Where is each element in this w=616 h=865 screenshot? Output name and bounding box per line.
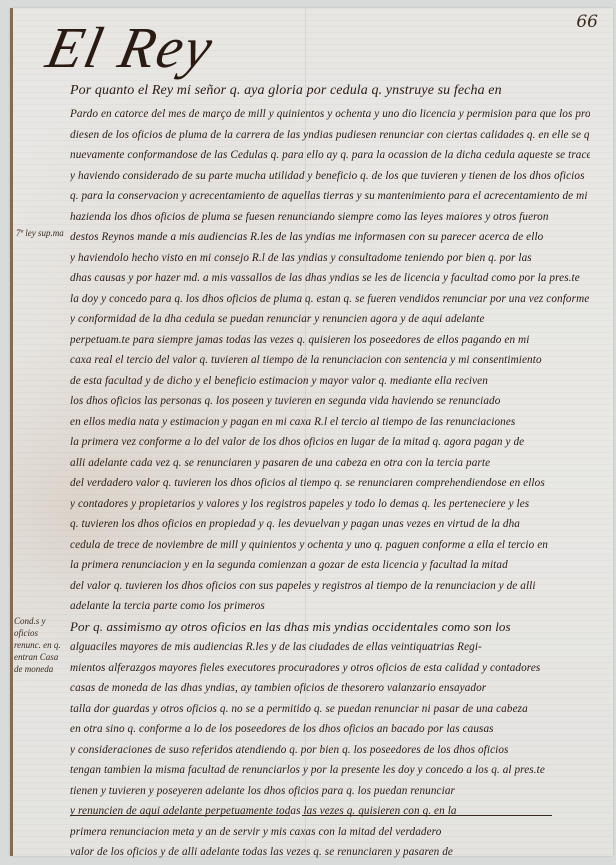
text-line: la doy y concedo para q. los dhos oficio… xyxy=(70,289,590,310)
text-line: casas de moneda de las dhas yndias, ay t… xyxy=(70,678,590,699)
text-line: mientos alferazgos mayores fieles execut… xyxy=(70,658,590,679)
text-line: alguaciles mayores de mis audiencias R.l… xyxy=(70,637,590,658)
text-line: y renuncien de aqui adelante perpetuamen… xyxy=(70,801,590,822)
document-heading: El Rey xyxy=(41,14,220,81)
text-line: nuevamente conformandose de las Cedulas … xyxy=(70,145,590,166)
text-line: en otra sino q. conforme a lo de los pos… xyxy=(70,719,590,740)
text-line: Pardo en catorce del mes de março de mil… xyxy=(70,104,590,125)
text-line: y conformidad de la dha cedula se puedan… xyxy=(70,309,590,330)
text-line: caxa real el tercio del valor q. tuviere… xyxy=(70,350,590,371)
text-line: los dhos oficios las personas q. los pos… xyxy=(70,391,590,412)
text-line: Por quanto el Rey mi señor q. aya gloria… xyxy=(70,78,590,104)
text-line: la primera vez conforme a lo del valor d… xyxy=(70,432,590,453)
text-line: perpetuam.te para siempre jamas todas la… xyxy=(70,330,590,351)
text-line: valor de los oficios y de alli adelante … xyxy=(70,842,590,863)
margin-note-bottom: Cond.s y oficios renunc. en q. entran Ca… xyxy=(14,615,62,675)
text-line: dhas causas y por hazer md. a mis vassal… xyxy=(70,268,590,289)
text-line: del verdadero valor q. tuvieren los dhos… xyxy=(70,473,590,494)
text-line: primera renunciacion meta y an de servir… xyxy=(70,822,590,843)
text-line: y contadores y propietarios y valores y … xyxy=(70,494,590,515)
text-line: tengan tambien la misma facultad de renu… xyxy=(70,760,590,781)
text-line: q. para la conservacion y acrecentamient… xyxy=(70,186,590,207)
text-line-paragraph-start: Por q. assimismo ay otros oficios en las… xyxy=(70,617,590,638)
text-line: en ellos media nata y estimacion y pagan… xyxy=(70,412,590,433)
closing-rule-right xyxy=(302,815,552,816)
manuscript-body: Por quanto el Rey mi señor q. aya gloria… xyxy=(70,78,590,863)
closing-rule-left xyxy=(70,815,290,816)
text-line: cedula de trece de noviembre de mill y q… xyxy=(70,535,590,556)
folio-number: 66 xyxy=(576,12,598,32)
text-line: y consideraciones de suso referidos aten… xyxy=(70,740,590,761)
text-line: del valor q. tuvieren los dhos oficios c… xyxy=(70,576,590,597)
text-line: adelante la tercia parte como los primer… xyxy=(70,596,590,617)
text-line: alli adelante cada vez q. se renunciaren… xyxy=(70,453,590,474)
text-line: de esta facultad y de dicho y el benefic… xyxy=(70,371,590,392)
text-line: talla dor guardas y otros oficios q. no … xyxy=(70,699,590,720)
text-line: q. tuvieren los dhos oficios en propieda… xyxy=(70,514,590,535)
text-line: diesen de los oficios de pluma de la car… xyxy=(70,125,590,146)
text-line: y haviendo considerado de su parte mucha… xyxy=(70,166,590,187)
text-line: hazienda los dhos oficios de pluma se fu… xyxy=(70,207,590,228)
text-line: tienen y tuvieren y poseyeren adelante l… xyxy=(70,781,590,802)
text-line: y haviendolo hecho visto en mi consejo R… xyxy=(70,248,590,269)
text-line: destos Reynos mande a mis audiencias R.l… xyxy=(70,227,590,248)
margin-note-top: 7ª ley sup.ma xyxy=(16,227,76,239)
text-line: la primera renunciacion y en la segunda … xyxy=(70,555,590,576)
